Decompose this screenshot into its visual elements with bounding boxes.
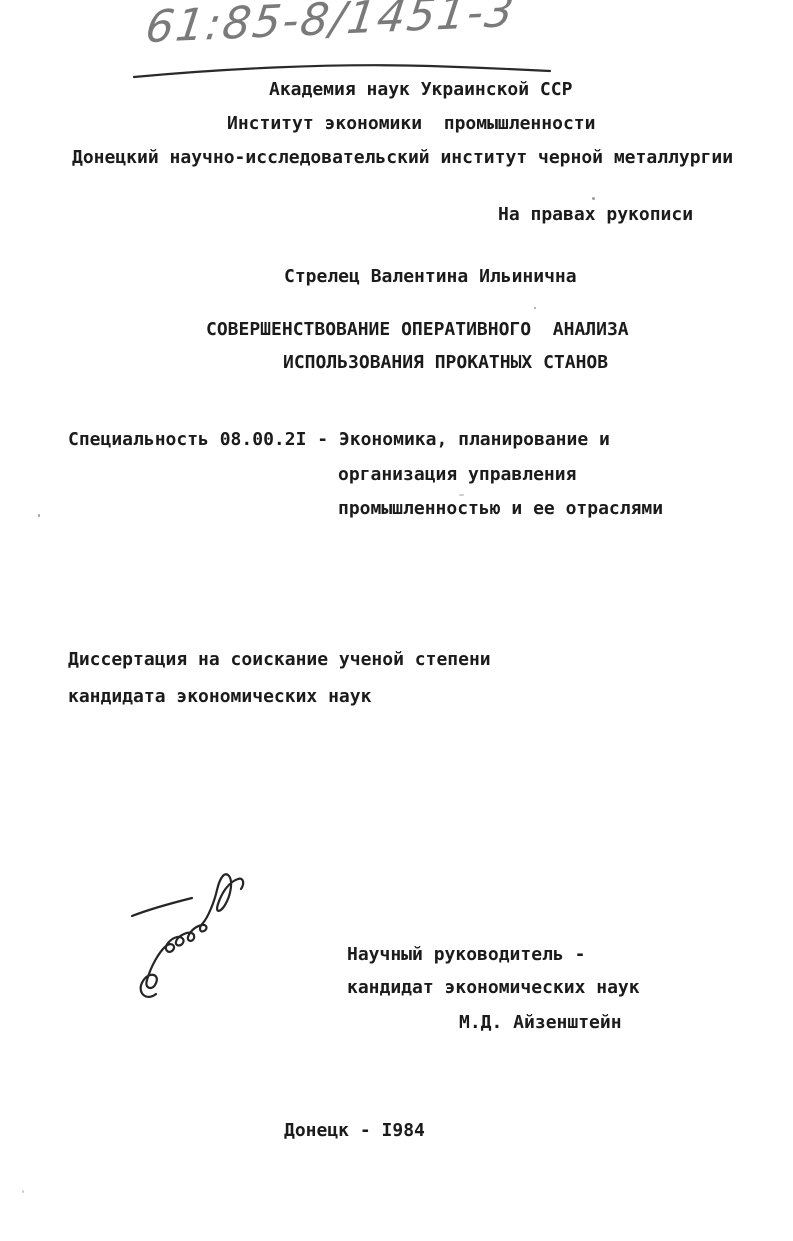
specialty-line1: Специальность 08.00.2I - Экономика, план…: [68, 431, 610, 449]
supervisor-label-line2: кандидат экономических наук: [347, 979, 640, 997]
degree-line2: кандидата экономических наук: [68, 688, 371, 706]
scan-speck: [592, 197, 595, 200]
handwritten-signature: [80, 850, 280, 1000]
specialty-line3: промышленностью и ее отраслями: [338, 500, 663, 518]
dissertation-title-line2: ИСПОЛЬЗОВАНИЯ ПРОКАТНЫХ СТАНОВ: [283, 354, 608, 372]
author-name: Стрелец Валентина Ильинична: [284, 268, 577, 286]
supervisor-label-line1: Научный руководитель -: [347, 946, 585, 964]
scan-speck: [534, 307, 536, 309]
dissertation-title-page: 61:85-8/1451-3 Академия наук Украинской …: [0, 0, 793, 1241]
institution-line-academy: Академия наук Украинской ССР: [269, 81, 572, 99]
scan-speck: [459, 494, 464, 496]
scan-speck: [22, 1190, 24, 1193]
institution-line-institute: Институт экономики промышленности: [227, 115, 595, 133]
manuscript-rights-note: На правах рукописи: [498, 206, 693, 224]
degree-line1: Диссертация на соискание ученой степени: [68, 651, 491, 669]
scan-speck: [38, 514, 40, 517]
institution-line-research-institute: Донецкий научно-исследовательский инстит…: [72, 149, 733, 167]
dissertation-title-line1: СОВЕРШЕНСТВОВАНИЕ ОПЕРАТИВНОГО АНАЛИЗА: [206, 321, 629, 339]
supervisor-name: М.Д. Айзенштейн: [459, 1014, 622, 1032]
specialty-line2: организация управления: [338, 466, 576, 484]
city-year: Донецк - I984: [284, 1122, 425, 1140]
handwritten-catalog-number: 61:85-8/1451-3: [143, 0, 518, 53]
